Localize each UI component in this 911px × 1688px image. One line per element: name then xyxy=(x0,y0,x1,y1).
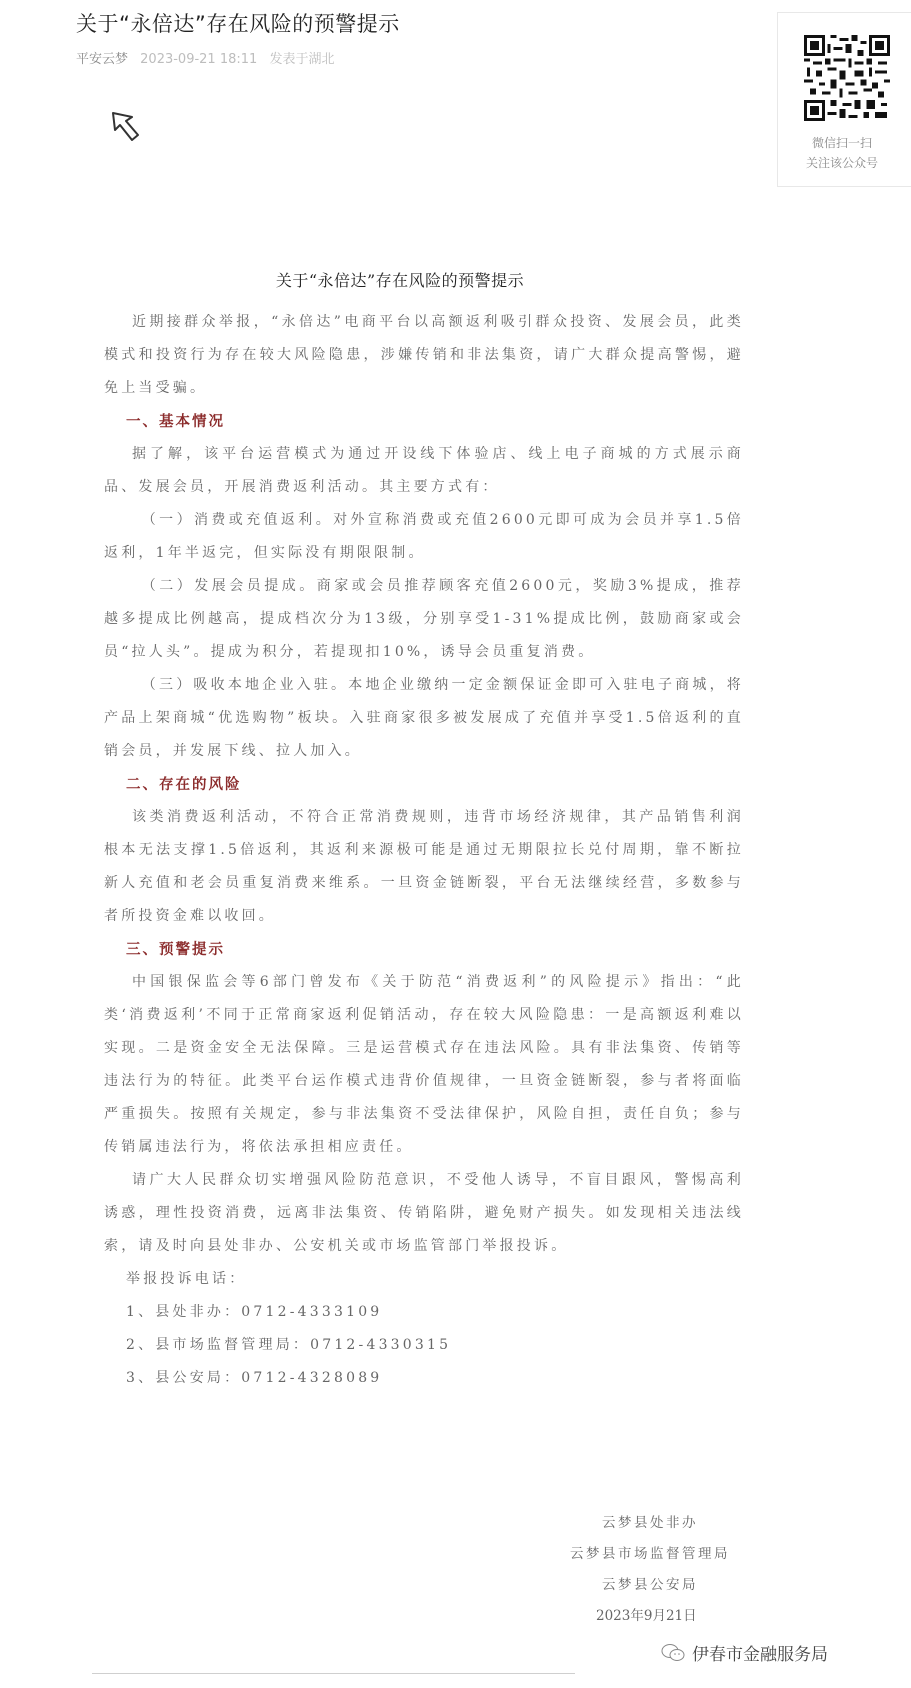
publish-time: 2023-09-21 18:11 xyxy=(140,52,257,67)
paragraph: （三）吸收本地企业入驻。本地企业缴纳一定金额保证金即可入驻电子商城，将产品上架商… xyxy=(104,669,744,768)
qr-caption-line2: 关注该公众号 xyxy=(778,153,906,173)
article-meta: 平安云梦 2023-09-21 18:11 发表于湖北 xyxy=(76,48,334,67)
section-heading: 三、预警提示 xyxy=(104,933,744,966)
section-heading: 一、基本情况 xyxy=(104,405,744,438)
signature-date: 2023年9月21日 xyxy=(560,1601,740,1632)
qr-caption: 微信扫一扫 关注该公众号 xyxy=(778,133,906,173)
paragraph: 据了解，该平台运营模式为通过开设线下体验店、线上电子商城的方式展示商品、发展会员… xyxy=(104,438,744,504)
publish-location: 发表于湖北 xyxy=(269,52,334,67)
wechat-icon xyxy=(660,1642,688,1664)
paragraph: （二）发展会员提成。商家或会员推荐顾客充值2600元，奖励3%提成，推荐越多提成… xyxy=(104,570,744,669)
section-heading: 二、存在的风险 xyxy=(104,768,744,801)
signature-org: 云梦县市场监督管理局 xyxy=(560,1539,740,1570)
watermark: 伊春市金融服务局 xyxy=(660,1640,828,1665)
document-title: 关于“永倍达”存在风险的预警提示 xyxy=(0,268,800,291)
hotline-item: 2、县市场监督管理局：0712-4330315 xyxy=(104,1329,744,1362)
cursor-icon xyxy=(110,110,152,150)
signature-org: 云梦县处非办 xyxy=(560,1508,740,1539)
qr-panel: 微信扫一扫 关注该公众号 xyxy=(777,12,911,187)
intro-paragraph: 近期接群众举报，“永倍达”电商平台以高额返利吸引群众投资、发展会员，此类模式和投… xyxy=(104,306,744,405)
qr-code-icon[interactable] xyxy=(804,35,890,121)
article-body: 近期接群众举报，“永倍达”电商平台以高额返利吸引群众投资、发展会员，此类模式和投… xyxy=(104,306,744,1395)
paragraph: （一）消费或充值返利。对外宣称消费或充值2600元即可成为会员并享1.5倍返利，… xyxy=(104,504,744,570)
author-link[interactable]: 平安云梦 xyxy=(76,52,128,67)
paragraph: 请广大人民群众切实增强风险防范意识，不受他人诱导，不盲目跟风，警惕高利诱惑，理性… xyxy=(104,1164,744,1263)
paragraph: 中国银保监会等6部门曾发布《关于防范“消费返利”的风险提示》指出：“此类‘消费返… xyxy=(104,966,744,1164)
hotline-item: 1、县处非办：0712-4333109 xyxy=(104,1296,744,1329)
signature-org: 云梦县公安局 xyxy=(560,1570,740,1601)
footer-divider xyxy=(92,1673,575,1674)
hotline-item: 3、县公安局：0712-4328089 xyxy=(104,1362,744,1395)
signature-block: 云梦县处非办 云梦县市场监督管理局 云梦县公安局 2023年9月21日 xyxy=(560,1508,740,1632)
qr-caption-line1: 微信扫一扫 xyxy=(778,133,906,153)
page-title: 关于“永倍达”存在风险的预警提示 xyxy=(76,8,400,38)
watermark-text: 伊春市金融服务局 xyxy=(692,1640,828,1665)
hotline-label: 举报投诉电话： xyxy=(104,1263,744,1296)
paragraph: 该类消费返利活动，不符合正常消费规则，违背市场经济规律，其产品销售利润根本无法支… xyxy=(104,801,744,933)
